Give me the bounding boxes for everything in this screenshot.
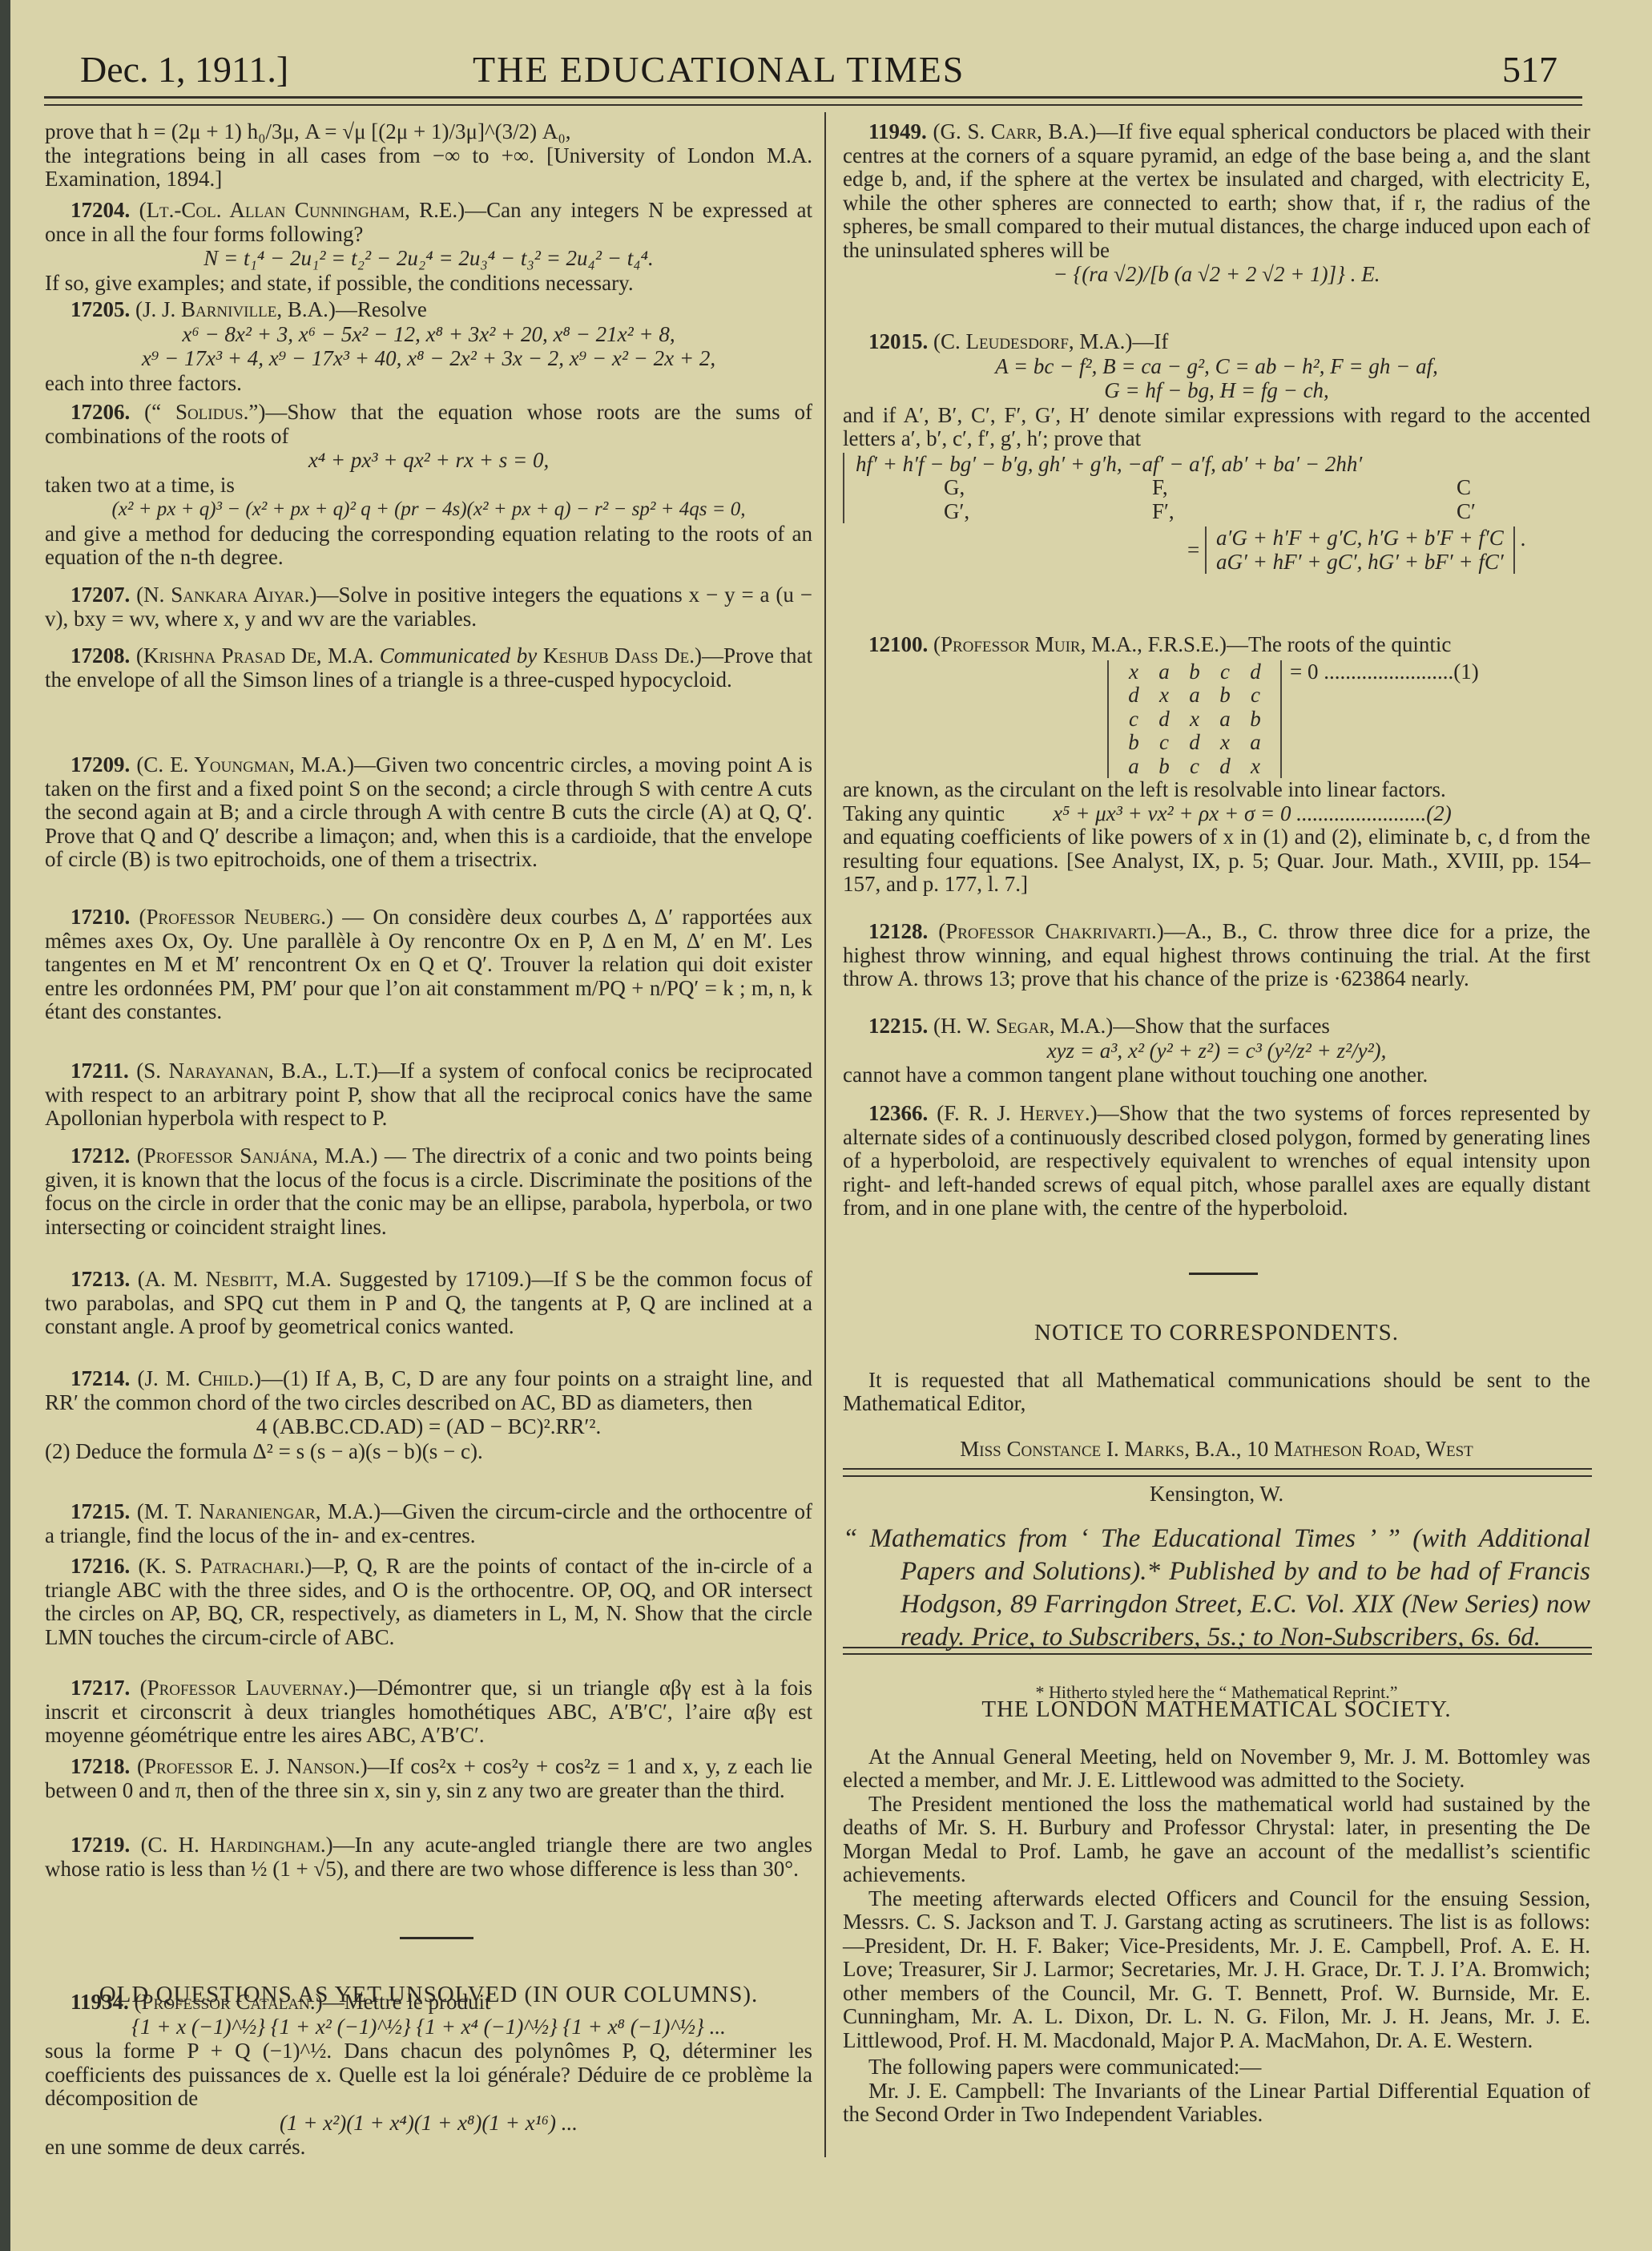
question-number: 17212. <box>71 1144 130 1168</box>
taking-label: Taking any quintic <box>843 801 1005 825</box>
determinant-cell: F, <box>1152 476 1457 500</box>
double-rule-bottom <box>843 1475 1592 1477</box>
question-17209: 17209. (C. E. Youngman, M.A.)—Given two … <box>45 753 812 872</box>
equation-line-1: {1 + x (−1)^½} {1 + x² (−1)^½} {1 + x⁴ (… <box>45 2015 812 2039</box>
determinant-result: = a′G + h′F + g′C, h′G + b′F + f′C aG′ +… <box>843 526 1590 574</box>
question-author: (J. J. Barniville, B.A.) <box>135 297 336 321</box>
question-number: 17216. <box>71 1554 130 1578</box>
determinant-row-2: G, F, C <box>856 476 1590 500</box>
question-author: (Professor Sanjána, M.A.) <box>137 1144 378 1168</box>
intro-continuation: prove that h = (2μ + 1) h₀/3μ, A = √μ [(… <box>45 120 812 192</box>
question-number: 11949. <box>868 119 927 143</box>
result-row-2: aG′ + hF′ + gC′, hG′ + bF′ + fC′ <box>1216 551 1504 575</box>
matrix-row: bcdxa <box>1118 731 1271 755</box>
page-number: 517 <box>1502 50 1557 90</box>
double-rule-top-2 <box>843 1647 1592 1648</box>
question-17210: 17210. (Professor Neuberg.) — On considè… <box>45 906 812 1024</box>
double-rule-top <box>843 1468 1592 1470</box>
question-12015: 12015. (C. Leudesdorf, M.A.)—If A = bc −… <box>843 330 1590 574</box>
question-text: —The roots of the quintic <box>1227 632 1451 656</box>
question-author: (J. M. Child.) <box>137 1366 261 1390</box>
question-17219: 17219. (C. H. Hardingham.)—In any acute-… <box>45 1833 812 1881</box>
equation: 4 (AB.BC.CD.AD) = (AD − BC)².RR′². <box>45 1415 812 1439</box>
question-11949: 11949. (G. S. Carr, B.A.)—If five equal … <box>843 120 1590 288</box>
question-author: (A. M. Nesbitt, M.A. <box>138 1267 332 1291</box>
notice-text: It is requested that all Mathematical co… <box>843 1369 1590 1416</box>
lms-paragraph-4: The following papers were communicated:— <box>843 2055 1590 2080</box>
question-number: 17209. <box>71 752 130 777</box>
header-rule-bottom <box>44 104 1582 106</box>
question-17204: 17204. (Lt.-Col. Allan Cunningham, R.E.)… <box>45 199 812 295</box>
equation: xyz = a³, x² (y² + z²) = c³ (y²/z² + z²/… <box>843 1039 1590 1063</box>
question-text-mid: sous la forme P + Q (−1)^½. Dans chacun … <box>45 2039 812 2111</box>
lms-section: THE LONDON MATHEMATICAL SOCIETY. At the … <box>843 1675 1590 2127</box>
equation: − {(ra √2)/[b (a √2 + 2 √2 + 1)]} . E. <box>843 263 1590 287</box>
question-author: (C. E. Youngman, M.A.) <box>136 752 354 777</box>
question-number: 12366. <box>868 1101 928 1125</box>
notice-section: NOTICE TO CORRESPONDENTS. It is requeste… <box>843 1298 1590 1528</box>
equation-line-2: G = hf − bg, H = fg − ch, <box>843 379 1590 403</box>
question-number: 12215. <box>868 1014 928 1038</box>
equation: N = t₁⁴ − 2u₁² = t₂² − 2u₂⁴ = 2u₃⁴ − t₃²… <box>45 247 812 271</box>
question-17213: 17213. (A. M. Nesbitt, M.A. Suggested by… <box>45 1268 812 1339</box>
question-author: (Professor Muir, M.A., F.R.S.E.) <box>933 632 1227 656</box>
lms-paragraph-5: Mr. J. E. Campbell: The Invariants of th… <box>843 2080 1590 2127</box>
question-text: —If <box>1132 329 1168 353</box>
question-author: (K. S. Patrachari.) <box>138 1554 312 1578</box>
question-author: (Professor Neuberg.) <box>139 905 333 929</box>
determinant-row-1: hf′ + h′f − bg′ − b′g, gh′ + g′h, −af′ −… <box>856 453 1590 477</box>
question-author: (G. S. Carr, B.A.) <box>933 119 1096 143</box>
question-number: 17219. <box>71 1833 130 1857</box>
notice-heading: NOTICE TO CORRESPONDENTS. <box>843 1321 1590 1345</box>
matrix-row: abcdx <box>1118 755 1271 779</box>
question-number: 17206. <box>71 400 130 424</box>
question-11934: 11934. (Professor Catalan.)—Mettre le pr… <box>45 1991 812 2160</box>
matrix-row: cdxab <box>1118 708 1271 732</box>
determinant-cell: C <box>1457 476 1617 500</box>
question-12128: 12128. (Professor Chakrivarti.)—A., B., … <box>843 920 1590 991</box>
question-number: 17205. <box>71 297 130 321</box>
question-17205: 17205. (J. J. Barniville, B.A.)—Resolve … <box>45 298 812 395</box>
question-author: (Professor Chakrivarti.) <box>938 919 1163 943</box>
section-separator <box>400 1937 473 1939</box>
double-rule-bottom-2 <box>843 1653 1592 1655</box>
question-17217: 17217. (Professor Lauvernay.)—Démontrer … <box>45 1676 812 1748</box>
question-number: 17214. <box>71 1366 130 1390</box>
question-number: 17208. <box>71 643 130 668</box>
question-author: (M. T. Naraniengar, M.A.) <box>137 1499 381 1523</box>
question-number: 17207. <box>71 583 130 607</box>
publication-title: THE EDUCATIONAL TIMES <box>473 50 1194 90</box>
question-author: (Professor Lauvernay.) <box>140 1676 357 1700</box>
determinant-cell: G, <box>944 476 1152 500</box>
question-number: 12128. <box>868 919 928 943</box>
question-number: 17213. <box>71 1267 130 1291</box>
equation-line-2: x⁹ − 17x³ + 4, x⁹ − 17x³ + 40, x⁸ − 2x² … <box>45 347 812 371</box>
question-text-after: and equating coefficients of like powers… <box>843 825 1590 897</box>
question-17207: 17207. (N. Sankara Aiyar.)—Solve in posi… <box>45 583 812 631</box>
column-divider <box>824 112 826 2157</box>
communicated-by: Communicated by <box>380 643 538 668</box>
question-number: 17211. <box>71 1059 129 1083</box>
question-17215: 17215. (M. T. Naraniengar, M.A.)—Given t… <box>45 1500 812 1547</box>
equation-line-1: x⁴ + px³ + qx² + rx + s = 0, <box>45 449 812 473</box>
question-text-mid: are known, as the circulant on the left … <box>843 778 1590 802</box>
result-row-1: a′G + h′F + g′C, h′G + b′F + f′C <box>1216 526 1504 551</box>
question-author: (N. Sankara Aiyar.) <box>136 583 316 607</box>
question-author: (S. Narayanan, B.A., L.T.) <box>136 1059 378 1083</box>
question-17208: 17208. (Krishna Prasad De, M.A. Communic… <box>45 644 812 692</box>
lms-paragraph-2: The President mentioned the loss the mat… <box>843 1793 1590 1887</box>
header-rule-top <box>44 96 1582 99</box>
equation-line-2: (1 + x²)(1 + x⁴)(1 + x⁸)(1 + x¹⁶) ... <box>45 2112 812 2136</box>
question-text: —Show that the surfaces <box>1113 1014 1330 1038</box>
question-text-after: each into three factors. <box>45 372 812 396</box>
question-author: (H. W. Segar, M.A.) <box>933 1014 1113 1038</box>
question-author: (Krishna Prasad De, M.A. <box>136 643 373 668</box>
question-author: (Lt.-Col. Allan Cunningham, R.E.) <box>139 198 465 222</box>
question-author: (Professor Catalan.) <box>135 1990 323 2014</box>
question-text-after: cannot have a common tangent plane witho… <box>843 1063 1590 1087</box>
question-author: (F. R. J. Hervey.) <box>937 1101 1097 1125</box>
question-number: 12015. <box>868 329 928 353</box>
question-author: (Professor E. J. Nanson.) <box>137 1754 368 1778</box>
question-17216: 17216. (K. S. Patrachari.)—P, Q, R are t… <box>45 1555 812 1649</box>
question-17218: 17218. (Professor E. J. Nanson.)—If cos²… <box>45 1755 812 1802</box>
determinant-cell: G′, <box>944 500 1152 524</box>
circulant-matrix: xabcd dxabc cdxab bcdxa abcdx <box>1107 660 1282 779</box>
advert-text: “ Mathematics from ‘ The Educational Tim… <box>843 1523 1590 1654</box>
question-17211: 17211. (S. Narayanan, B.A., L.T.)—If a s… <box>45 1059 812 1131</box>
circulant-rhs: = 0 ........................(1) <box>1282 660 1479 684</box>
question-12215: 12215. (H. W. Segar, M.A.)—Show that the… <box>843 1015 1590 1087</box>
notice-address-1: Miss Constance I. Marks, B.A., 10 Mathes… <box>843 1438 1590 1462</box>
question-text-after: (2) Deduce the formula Δ² = s (s − a)(s … <box>45 1440 812 1464</box>
intro-text: the integrations being in all cases from… <box>45 144 812 192</box>
question-text: —Resolve <box>336 297 427 321</box>
question-text-mid: taken two at a time, is <box>45 474 812 498</box>
question-12366: 12366. (F. R. J. Hervey.)—Show that the … <box>843 1102 1590 1220</box>
prove-line: prove that h = (2μ + 1) h₀/3μ, A = √μ [(… <box>45 120 812 144</box>
question-17214: 17214. (J. M. Child.)—(1) If A, B, C, D … <box>45 1367 812 1463</box>
matrix-row: xabcd <box>1118 660 1271 684</box>
question-number: 17218. <box>71 1754 130 1778</box>
question-author: (C. H. Hardingham.) <box>141 1833 333 1857</box>
equation-line-1: x⁶ − 8x² + 3, x⁶ − 5x² − 12, x⁸ + 3x² + … <box>45 323 812 347</box>
section-separator <box>1189 1273 1258 1275</box>
determinant-cell: F′, <box>1152 500 1457 524</box>
question-text-mid: and if A′, B′, C′, F′, G′, H′ denote sim… <box>843 404 1590 451</box>
determinant-row-3: G′, F′, C′ <box>856 500 1590 524</box>
question-17206: 17206. (“ Solidus.”)—Show that the equat… <box>45 401 812 570</box>
circulant: xabcd dxabc cdxab bcdxa abcdx = 0 ......… <box>843 660 1590 779</box>
question-text-after: and give a method for deducing the corre… <box>45 522 812 570</box>
determinant-cell: C′ <box>1457 500 1617 524</box>
question-number: 12100. <box>868 632 928 656</box>
question-number: 11934. <box>71 1990 129 2014</box>
question-text-after: en une somme de deux carrés. <box>45 2136 812 2160</box>
question-12100: 12100. (Professor Muir, M.A., F.R.S.E.)—… <box>843 633 1590 897</box>
question-text: —Mettre le produit <box>323 1990 491 2014</box>
question-text-after: If so, give examples; and state, if poss… <box>45 272 812 296</box>
question-number: 17210. <box>71 905 130 929</box>
question-author-2: Keshub Dass De.) <box>543 643 702 668</box>
question-number: 17215. <box>71 1499 130 1523</box>
question-number: 17204. <box>71 198 130 222</box>
lms-heading: THE LONDON MATHEMATICAL SOCIETY. <box>843 1698 1590 1722</box>
issue-date: Dec. 1, 1911.] <box>80 50 288 90</box>
right-column: 11949. (G. S. Carr, B.A.)—If five equal … <box>843 120 1590 2172</box>
equation-2: x⁵ + μx³ + νx² + ρx + σ = 0 ............… <box>1053 801 1452 825</box>
left-column: prove that h = (2μ + 1) h₀/3μ, A = √μ [(… <box>45 120 812 2172</box>
lms-paragraph-1: At the Annual General Meeting, held on N… <box>843 1745 1590 1793</box>
result-matrix: a′G + h′F + g′C, h′G + b′F + f′C aG′ + h… <box>1205 526 1515 574</box>
matrix-row: dxabc <box>1118 684 1271 708</box>
page-binding-edge <box>0 0 10 2251</box>
equation-line-1: A = bc − f², B = ca − g², C = ab − h², F… <box>843 355 1590 379</box>
question-author: (“ Solidus.”) <box>144 400 265 424</box>
question-author: (C. Leudesdorf, M.A.) <box>933 329 1132 353</box>
question-number: 17217. <box>71 1676 130 1700</box>
lms-paragraph-3: The meeting afterwards elected Officers … <box>843 1887 1590 2053</box>
determinant: hf′ + h′f − bg′ − b′g, gh′ + g′h, −af′ −… <box>843 453 1590 524</box>
equation-line-2: (x² + px + q)³ − (x² + px + q)² q + (pr … <box>45 498 812 522</box>
question-17212: 17212. (Professor Sanjána, M.A.) — The d… <box>45 1144 812 1239</box>
